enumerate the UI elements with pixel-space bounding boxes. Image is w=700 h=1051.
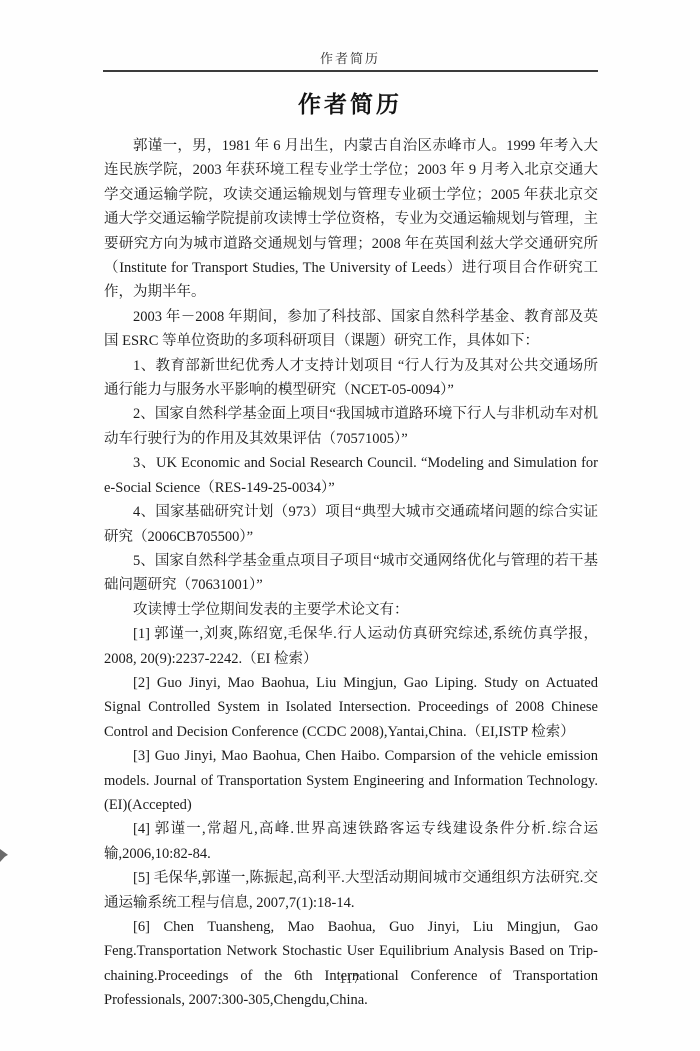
paragraph: [6] Chen Tuansheng, Mao Baohua, Guo Jiny… [104, 915, 598, 1013]
thesis-page: 作者简历 作者简历 郭谨一，男，1981 年 6 月出生，内蒙古自治区赤峰市人。… [0, 0, 700, 1051]
running-head: 作者简历 [0, 48, 700, 67]
body-paragraphs: 郭谨一，男，1981 年 6 月出生，内蒙古自治区赤峰市人。1999 年考入大连… [104, 134, 598, 1013]
page-title: 作者简历 [0, 86, 700, 119]
header-rule [103, 70, 598, 72]
paragraph: 攻读博士学位期间发表的主要学术论文有： [104, 598, 598, 622]
paragraph: [3] Guo Jinyi, Mao Baohua, Chen Haibo. C… [104, 744, 598, 817]
paragraph: [5] 毛保华,郭谨一,陈振起,高利平.大型活动期间城市交通组织方法研究.交通运… [104, 866, 598, 915]
paragraph: 郭谨一，男，1981 年 6 月出生，内蒙古自治区赤峰市人。1999 年考入大连… [104, 134, 598, 305]
scan-ink-speck [0, 849, 8, 862]
paragraph: 3、UK Economic and Social Research Counci… [104, 451, 598, 500]
paragraph: [4] 郭谨一,常超凡,高峰.世界高速铁路客运专线建设条件分析.综合运输,200… [104, 817, 598, 866]
paragraph: 2003 年－2008 年期间，参加了科技部、国家自然科学基金、教育部及英国 E… [104, 305, 598, 354]
paragraph: [1] 郭谨一,刘爽,陈绍宽,毛保华.行人运动仿真研究综述,系统仿真学报，200… [104, 622, 598, 671]
paragraph: 2、国家自然科学基金面上项目“我国城市道路环境下行人与非机动车对机动车行驶行为的… [104, 402, 598, 451]
paragraph: [2] Guo Jinyi, Mao Baohua, Liu Mingjun, … [104, 671, 598, 744]
paragraph: 4、国家基础研究计划（973）项目“典型大城市交通疏堵问题的综合实证研究（200… [104, 500, 598, 549]
paragraph: 5、国家自然科学基金重点项目子项目“城市交通网络优化与管理的若干基础问题研究（7… [104, 549, 598, 598]
paragraph: 1、教育部新世纪优秀人才支持计划项目 “行人行为及其对公共交通场所通行能力与服务… [104, 354, 598, 403]
page-number: 117 [0, 972, 700, 987]
